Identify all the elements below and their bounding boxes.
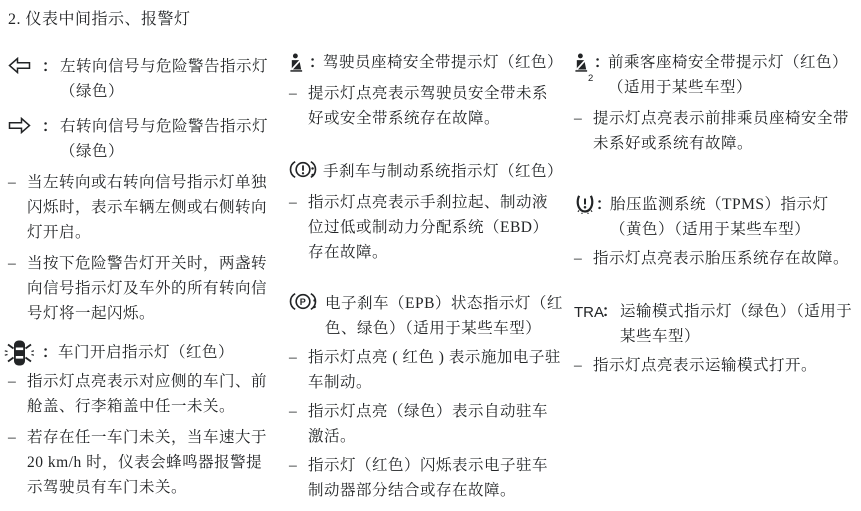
bullet-dash: – (289, 81, 297, 106)
bullet-text: 指示灯点亮表示运输模式打开。 (593, 357, 817, 374)
bullet-dash: – (8, 369, 16, 394)
indicator-title: 胎压监测系统（TPMS）指示灯（黄色）（适用于某些车型） (610, 196, 829, 238)
bullet-text: 指示灯点亮表示胎压系统存在故障。 (593, 250, 849, 267)
bullet-dash: – (289, 345, 297, 370)
indicator-title: 左转向信号与危险警告指示灯（绿色） (60, 58, 268, 100)
driver-seatbelt-icon (289, 53, 304, 72)
entry-epb: P ： 电子刹车（EPB）状态指示灯（红色、绿色）（适用于某些车型） (289, 291, 563, 341)
bullet-item: – 当按下危险警告灯开关时，两盏转向信号指示灯及车外的所有转向信号灯将一起闪烁。 (8, 251, 274, 326)
tpms-icon (574, 194, 596, 214)
column-left: 2. 仪表中间指示、报警灯 ： 左转向信号与危险警告指示灯（绿色） ： 右转向信… (8, 0, 274, 500)
bullet-item: – 指示灯点亮表示手刹拉起、制动液位过低或制动力分配系统（EBD）存在故障。 (289, 190, 563, 265)
bullet-item: – 指示灯（红色）闪烁表示电子驻车制动器部分结合或存在故障。 (289, 453, 563, 503)
bullet-text: 指示灯（红色）闪烁表示电子驻车制动器部分结合或存在故障。 (308, 457, 548, 499)
door-open-icon (4, 337, 34, 369)
indicator-title: 车门开启指示灯（红色） (58, 344, 234, 361)
colon: ： (309, 50, 325, 75)
colon: ： (311, 291, 327, 316)
bullet-dash: – (289, 399, 297, 424)
right-turn-signal-icon (8, 117, 31, 134)
entry-left-turn-signal: ： 左转向信号与危险警告指示灯（绿色） (8, 54, 274, 104)
left-turn-signal-icon (8, 57, 31, 74)
entry-door-open: ： 车门开启指示灯（红色） (8, 340, 274, 365)
entry-tpms: ： 胎压监测系统（TPMS）指示灯（黄色）（适用于某些车型） (574, 192, 857, 242)
bullet-item: – 指示灯点亮（绿色）表示自动驻车激活。 (289, 399, 563, 449)
entry-driver-seatbelt: ： 驾驶员座椅安全带提示灯（红色） (289, 50, 563, 75)
indicator-title: 前乘客座椅安全带提示灯（红色）（适用于某些车型） (608, 54, 848, 96)
passenger-seatbelt-icon: 2 (574, 53, 589, 72)
bullet-dash: – (8, 425, 16, 450)
manual-page: 2. 仪表中间指示、报警灯 ： 左转向信号与危险警告指示灯（绿色） ： 右转向信… (0, 0, 861, 511)
bullet-dash: – (574, 246, 582, 271)
colon: ： (594, 50, 610, 75)
bullet-item: – 指示灯点亮表示运输模式打开。 (574, 353, 857, 378)
bullet-item: – 指示灯点亮 ( 红色 ) 表示施加电子驻车制动。 (289, 345, 563, 395)
bullet-item: – 指示灯点亮表示胎压系统存在故障。 (574, 246, 857, 271)
colon: ： (42, 114, 58, 139)
column-right: 2 ： 前乘客座椅安全带提示灯（红色）（适用于某些车型） – 提示灯点亮表示前排… (574, 50, 857, 378)
entry-right-turn-signal: ： 右转向信号与危险警告指示灯（绿色） (8, 114, 274, 164)
bullet-dash: – (8, 251, 16, 276)
indicator-title: 电子刹车（EPB）状态指示灯（红色、绿色）（适用于某些车型） (325, 295, 563, 337)
bullet-text: 指示灯点亮（绿色）表示自动驻车激活。 (308, 403, 548, 445)
bullet-text: 当按下危险警告灯开关时，两盏转向信号指示灯及车外的所有转向信号灯将一起闪烁。 (27, 255, 267, 322)
colon: ： (602, 299, 618, 324)
bullet-item: – 当左转向或右转向信号指示灯单独闪烁时，表示车辆左侧或右侧转向灯开启。 (8, 170, 274, 245)
bullet-item: – 指示灯点亮表示对应侧的车门、前舱盖、行李箱盖中任一未关。 (8, 369, 274, 419)
colon: ： (596, 192, 612, 217)
indicator-title: 运输模式指示灯（绿色）（适用于某些车型） (620, 303, 852, 345)
bullet-text: 提示灯点亮表示驾驶员安全带未系好或安全带系统存在故障。 (308, 85, 548, 127)
bullet-text: 若存在任一车门未关，当车速大于 20 km/h 时，仪表会蜂鸣器报警提示驾驶员有… (27, 429, 267, 496)
bullet-dash: – (289, 190, 297, 215)
bullet-dash: – (574, 353, 582, 378)
passenger-seatbelt-subscript: 2 (588, 66, 594, 91)
indicator-title: 驾驶员座椅安全带提示灯（红色） (323, 54, 563, 71)
indicator-title: 右转向信号与危险警告指示灯（绿色） (60, 118, 268, 160)
bullet-item: – 若存在任一车门未关，当车速大于 20 km/h 时，仪表会蜂鸣器报警提示驾驶… (8, 425, 274, 500)
bullet-text: 指示灯点亮表示对应侧的车门、前舱盖、行李箱盖中任一未关。 (27, 373, 267, 415)
bullet-dash: – (8, 170, 16, 195)
bullet-text: 当左转向或右转向信号指示灯单独闪烁时，表示车辆左侧或右侧转向灯开启。 (27, 174, 267, 241)
bullet-text: 指示灯点亮 ( 红色 ) 表示施加电子驻车制动。 (308, 349, 561, 391)
bullet-item: – 提示灯点亮表示驾驶员安全带未系好或安全带系统存在故障。 (289, 81, 563, 131)
indicator-title: 手刹车与制动系统指示灯（红色） (323, 163, 563, 180)
entry-passenger-seatbelt: 2 ： 前乘客座椅安全带提示灯（红色）（适用于某些车型） (574, 50, 857, 100)
colon: ： (42, 54, 58, 79)
tra-label: TRA (574, 300, 604, 325)
colon: ： (42, 340, 58, 365)
epb-letter: P (300, 297, 306, 307)
entry-brake-system: ： 手刹车与制动系统指示灯（红色） (289, 159, 563, 184)
colon: ： (309, 159, 325, 184)
bullet-dash: – (289, 453, 297, 478)
entry-tra: TRA ： 运输模式指示灯（绿色）（适用于某些车型） (574, 299, 857, 349)
bullet-text: 指示灯点亮表示手刹拉起、制动液位过低或制动力分配系统（EBD）存在故障。 (308, 194, 549, 261)
bullet-text: 提示灯点亮表示前排乘员座椅安全带未系好或系统有故障。 (593, 110, 849, 152)
bullet-item: – 提示灯点亮表示前排乘员座椅安全带未系好或系统有故障。 (574, 106, 857, 156)
column-middle: ： 驾驶员座椅安全带提示灯（红色） – 提示灯点亮表示驾驶员安全带未系好或安全带… (289, 50, 563, 503)
section-heading: 2. 仪表中间指示、报警灯 (8, 8, 274, 32)
bullet-dash: – (574, 106, 582, 131)
